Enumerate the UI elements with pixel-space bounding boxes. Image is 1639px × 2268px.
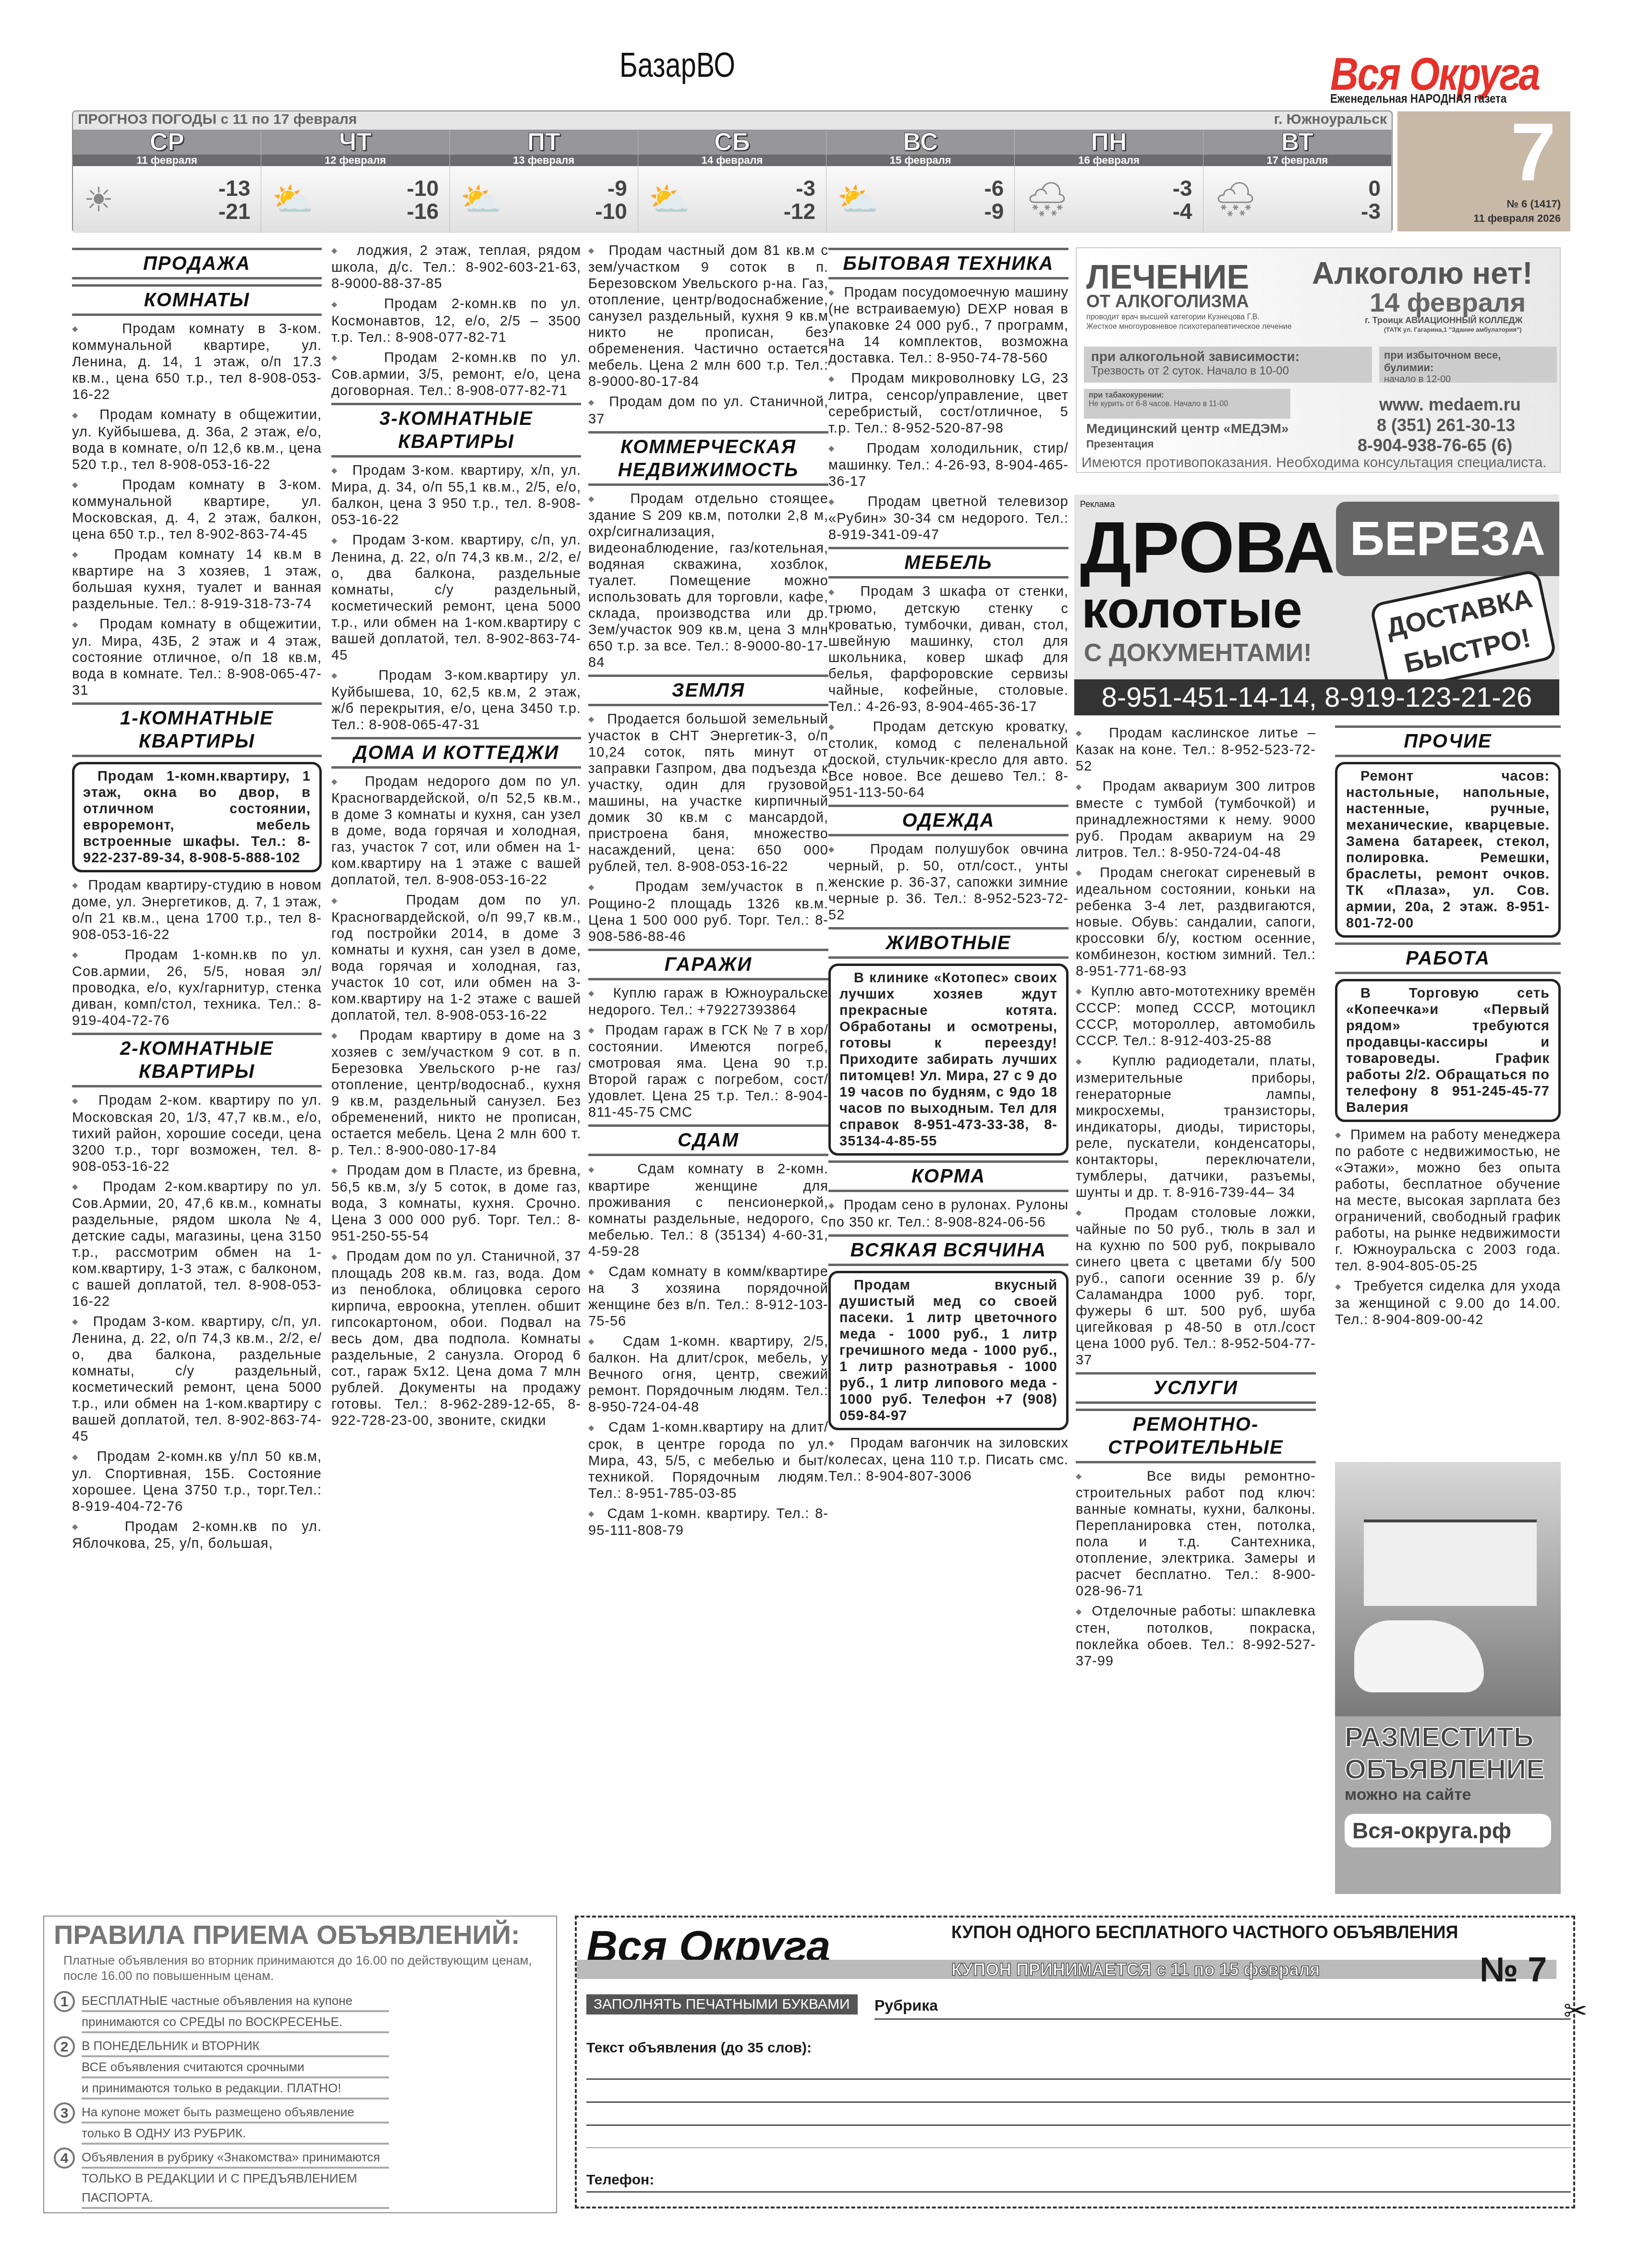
classified-ad: Требуется сиделка для ухода за женщиной … [1335, 1278, 1561, 1327]
coupon-dates: КУПОН ПРИНИМАЕТСЯ с 11 по 15 февраля [951, 1960, 1320, 1980]
rubric-3room: 3-КОМНАТНЫЕ КВАРТИРЫ [331, 403, 581, 458]
ad-delivery-badge: ДОСТАВКА БЫСТРО! [1369, 569, 1557, 694]
ad-headline: Алкоголю нет! [1312, 255, 1533, 291]
coupon-text-label: Текст объявления (до 35 слов): [586, 2040, 812, 2056]
rule-text: ВСЕ объявления считаются срочными [82, 2057, 389, 2078]
weather-forecast: ПРОГНОЗ ПОГОДЫ с 11 по 17 февраля г. Южн… [72, 110, 1393, 233]
rubric-rent: СДАМ [588, 1124, 828, 1156]
classified-ad: Сдам 1-комн.квартиру на длит/срок, в цен… [588, 1419, 828, 1501]
rubric-sale: ПРОДАЖА [72, 248, 322, 279]
classified-ad: Все виды ремонтно-строительных работ под… [1076, 1468, 1316, 1599]
rubric-other: ПРОЧИЕ [1335, 725, 1561, 757]
classified-ad: Продам 2-ком. квартиру по ул. Московская… [72, 1092, 322, 1174]
coupon-phone-label: Телефон: [586, 2172, 654, 2188]
ad-doctor: проводит врач высшей категории Кузнецова… [1086, 313, 1260, 322]
boxed-ad: В Торговую сеть «Копеечка»и «Первый рядо… [1335, 979, 1561, 1122]
ad-warning: Имеются противопоказания. Необходима кон… [1081, 455, 1547, 471]
temp-night: -3 [1361, 200, 1381, 223]
weather-date: 13 февраля [450, 155, 638, 166]
rule-number: 2 [54, 2036, 75, 2057]
weather-day-name: ПТ [450, 130, 638, 155]
sun-cloud-icon: ⛅ [649, 180, 691, 219]
classified-ad: Продам столовые ложки, чайные по 50 руб.… [1076, 1205, 1316, 1368]
weather-day: ПН 16 февраля 🌨 -3-4 [1015, 130, 1203, 233]
issue-date: 11 февраля 2026 [1473, 212, 1561, 225]
rubric-animals: ЖИВОТНЫЕ [828, 927, 1068, 959]
weather-city: г. Южноуральск [1274, 111, 1387, 130]
classified-ad: Сдам 1-комн. квартиру. Тел.: 8-95-111-80… [588, 1506, 828, 1539]
issue-info: 7 № 6 (1417) 11 февраля 2026 [1397, 111, 1570, 231]
rules-title: ПРАВИЛА ПРИЕМА ОБЪЯВЛЕНИЙ: [44, 1917, 556, 1953]
classified-ad: Продам частный дом 81 кв.м с зем/участко… [588, 242, 828, 390]
rule-item: 2В ПОНЕДЕЛЬНИК и ВТОРНИКВСЕ объявления с… [54, 2036, 546, 2099]
boxed-ad: Ремонт часов: настольные, напольные, нас… [1335, 762, 1561, 938]
weather-date: 17 февраля [1203, 155, 1391, 166]
classified-ad: Продам комнату 14 кв.м в квартире на 3 х… [72, 546, 322, 612]
column-6: ПРОЧИЕ Ремонт часов: настольные, напольн… [1335, 723, 1561, 1332]
ad-firewood: Реклама ДРОВА колотые С ДОКУМЕНТАМИ! БЕР… [1074, 495, 1559, 715]
rubric-commercial: КОММЕРЧЕСКАЯ НЕДВИЖИМОСТЬ [588, 431, 828, 486]
classified-ad: Куплю авто-мототехнику времён СССР: мопе… [1076, 983, 1316, 1049]
rule-text: Объявления в рубрику «Знакомства» приним… [82, 2147, 389, 2169]
weather-day: ПТ 13 февраля ⛅ -9-10 [450, 130, 638, 233]
classified-ad: Продам сено в рулонах. Рулоны по 350 кг.… [828, 1197, 1068, 1230]
temp-night: -21 [219, 200, 250, 223]
classified-ad: Продам комнату в 3-ком. коммунальной ква… [72, 321, 322, 403]
classified-ad: Продам 2-комн.кв по ул. Сов.армии, 3/5, … [331, 350, 581, 399]
ad-place: г. Троицк АВИАЦИОННЫЙ КОЛЛЕДЖ [1365, 315, 1523, 326]
newspaper-tagline: Еженедельная НАРОДНАЯ газета [1330, 91, 1506, 106]
classified-ad: Продам снегокат сиреневый в идеальном со… [1076, 865, 1316, 979]
ad-line-3: можно на сайте [1345, 1785, 1551, 1804]
rubric-houses: ДОМА И КОТТЕДЖИ [331, 737, 581, 769]
classified-ad: Продам 2-комн.кв по ул. Яблочкова, 25, у… [72, 1519, 322, 1552]
ad-date: 14 февраля [1370, 287, 1526, 318]
classified-ad: Продам дом по ул. Красногвардейской, о/п… [331, 892, 581, 1023]
weather-date: 14 февраля [638, 155, 826, 166]
classified-ad: Продам вагончик на зиловских колесах, це… [828, 1435, 1068, 1484]
rubric-1room: 1-КОМНАТНЫЕ КВАРТИРЫ [72, 702, 322, 757]
rule-text: В ПОНЕДЕЛЬНИК и ВТОРНИК [82, 2036, 389, 2057]
ad-alc-text: Трезвость от 2 суток. Начало в 10-00 [1091, 364, 1365, 378]
weather-day: СБ 14 февраля ⛅ -3-12 [638, 130, 826, 233]
ad-weight-text: начало в 12-00 [1384, 374, 1552, 385]
sun-cloud-icon: ⛅ [461, 180, 502, 219]
column-4: БЫТОВАЯ ТЕХНИКА Продам посудомоечную маш… [828, 245, 1068, 1488]
classified-ad: Продам 2-комн.кв по ул. Космонавтов, 12,… [331, 296, 581, 345]
classified-ad: Продам дом в Пласте, из бревна, 56,5 кв.… [331, 1162, 581, 1244]
classified-ad: Продам недорого дом по ул. Красногвардей… [331, 773, 581, 888]
classified-ad: Сдам 1-комн. квартиру, 2/5, балкон. На д… [588, 1333, 828, 1415]
rubric-feed: КОРМА [828, 1160, 1068, 1192]
ad-wood-type: БЕРЕЗА [1336, 502, 1559, 576]
classified-ad: Продам детскую кроватку, столик, комод с… [828, 719, 1068, 801]
classified-ad: Куплю гараж в Южноуральске недорого. Тел… [588, 985, 828, 1018]
rule-number: 3 [54, 2102, 75, 2123]
sun-icon: ☀ [84, 180, 114, 219]
coupon-rubric-label: Рубрика [874, 1997, 938, 2015]
ad-title: ЛЕЧЕНИЕ [1086, 258, 1249, 296]
classified-ad: Продам цветной телевизор «Рубин» 30-34 с… [828, 494, 1068, 543]
classified-ad: Продам 3-ком. квартиру, с/п, ул. Ленина,… [72, 1314, 322, 1445]
classified-ad: Примем на работу менеджера по работе с н… [1335, 1127, 1561, 1274]
rule-text: принимаются со СРЕДЫ по ВОСКРЕСЕНЬЕ. [82, 2012, 389, 2033]
ad-tobacco-heading: при табакокурении: [1089, 391, 1286, 400]
coupon-instruction: ЗАПОЛНЯТЬ ПЕЧАТНЫМИ БУКВАМИ [586, 1994, 858, 2015]
rule-item: 4Объявления в рубрику «Знакомства» прини… [54, 2147, 546, 2209]
issue-number: № 6 (1417) [1506, 198, 1561, 210]
coupon: Вся Округа КУПОН ОДНОГО БЕСПЛАТНОГО ЧАСТ… [575, 1916, 1575, 2208]
ad-method: Жесткое многоуровневое психотерапевтичес… [1086, 323, 1292, 331]
ad-rules: ПРАВИЛА ПРИЕМА ОБЪЯВЛЕНИЙ: Платные объяв… [43, 1916, 557, 2213]
weather-date: 12 февраля [261, 155, 449, 166]
rule-text: БЕСПЛАТНЫЕ частные объявления на купоне [82, 1991, 389, 2012]
scissors-icon: ✂ [1564, 1994, 1588, 2028]
column-3: Продам частный дом 81 кв.м с зем/участко… [588, 242, 828, 1543]
weather-date: 15 февраля [826, 155, 1014, 166]
classified-ad: Продам аквариум 300 литров вместе с тумб… [1076, 778, 1316, 860]
rule-text: ТОЛЬКО В РЕДАКЦИИ И С ПРЕДЪЯВЛЕНИЕМ ПАСП… [82, 2169, 389, 2209]
ad-docs: С ДОКУМЕНТАМИ! [1084, 639, 1311, 667]
classified-ad: Продам 2-ком.квартиру по ул. Сов.Армии, … [72, 1179, 322, 1310]
weather-day-name: СР [73, 130, 261, 155]
classified-ad: Сдам комнату в комм/квартире на 3 хозяин… [588, 1264, 828, 1329]
ad-tobacco-text: Не курить от 6-8 часов. Начало в 11-00 [1089, 400, 1286, 409]
ad-alcohol-treatment: ЛЕЧЕНИЕ ОТ АЛКОГОЛИЗМА проводит врач выс… [1076, 247, 1561, 473]
ad-place-listing: РАЗМЕСТИТЬ ОБЪЯВЛЕНИЕ можно на сайте Вся… [1335, 1462, 1561, 1894]
boxed-ad: Продам вкусный душистый мед со своей пас… [828, 1271, 1068, 1430]
classified-ad: Продам микроволновку LG, 23 литра, сенсо… [828, 370, 1068, 436]
temp-day: 0 [1361, 177, 1381, 200]
rubric-clothes: ОДЕЖДА [828, 805, 1068, 836]
classified-ad: Продам полушубок овчина черный, р. 50, о… [828, 841, 1068, 923]
boxed-ad: В клинике «Котопес» своих лучших хозяев … [828, 964, 1068, 1156]
classified-ad: Сдам комнату в 2-комн. квартире женщине … [588, 1161, 828, 1259]
column-1: ПРОДАЖА КОМНАТЫ Продам комнату в 3-ком. … [72, 245, 322, 1556]
rubric-work: РАБОТА [1335, 942, 1561, 974]
ad-phones: 8-951-451-14-14, 8-919-123-21-26 [1074, 679, 1559, 715]
house-car-photo [1335, 1462, 1561, 1716]
ad-subheadline: колотые [1081, 583, 1302, 636]
rule-number: 1 [54, 1991, 75, 2012]
column-5: Продам каслинское литье – Казак на коне.… [1076, 725, 1316, 1673]
temp-day: -3 [784, 177, 815, 200]
weather-day: СР 11 февраля ☀ -13-21 [73, 130, 261, 233]
classified-ad: Продам 3-ком.квартиру ул. Куйбышева, 10,… [331, 667, 581, 733]
rubric-land: ЗЕМЛЯ [588, 675, 828, 706]
temp-day: -10 [407, 177, 438, 200]
cloud-rain-snow-icon: 🌨 [1214, 180, 1257, 219]
ad-site-link[interactable]: Вся-округа.рф [1345, 1814, 1551, 1847]
classified-ad: Продам 2-комн.кв у/пл 50 кв.м, ул. Спорт… [72, 1448, 322, 1514]
rule-text: и принимаются только в редакции. ПЛАТНО! [82, 2078, 389, 2099]
rule-text: только В ОДНУ ИЗ РУБРИК. [82, 2123, 389, 2145]
classified-ad: Продам 1-комн.кв по ул. Сов.армии, 26, 5… [72, 947, 322, 1029]
boxed-ad: Продам 1-комн.квартиру, 1 этаж, окна во … [72, 762, 322, 872]
classified-ad: Продам 3-ком. квартиру, с/п, ул. Ленина,… [331, 532, 581, 663]
temp-day: -13 [219, 177, 250, 200]
classified-ad: Продам гараж в ГСК № 7 в хор/состоянии. … [588, 1022, 828, 1121]
weather-title: ПРОГНОЗ ПОГОДЫ с 11 по 17 февраля [78, 111, 357, 130]
rule-item: 3На купоне может быть размещено объявлен… [54, 2102, 546, 2145]
rule-item: 1БЕСПЛАТНЫЕ частные объявления на купоне… [54, 1991, 546, 2033]
classified-ad: Продам холодильник, стир/машинку. Тел.: … [828, 440, 1068, 490]
weather-day: ЧТ 12 февраля ⛅ -10-16 [261, 130, 449, 233]
classified-ad: Продам посудомоечную машину (не встраива… [828, 284, 1068, 366]
classified-ad: Отделочные работы: шпаклевка стен, потол… [1076, 1603, 1316, 1669]
weather-day-name: ВС [826, 130, 1014, 155]
weather-day: ВС 15 февраля ⛅ -6-9 [826, 130, 1015, 233]
sun-cloud-icon: ⛅ [272, 180, 314, 219]
weather-day-name: ВТ [1203, 130, 1391, 155]
weather-date: 16 февраля [1015, 155, 1202, 166]
coupon-title: КУПОН ОДНОГО БЕСПЛАТНОГО ЧАСТНОГО ОБЪЯВЛ… [951, 1922, 1458, 1942]
ad-phone-2: 8-904-938-76-65 (6) [1358, 435, 1512, 456]
classified-ad: Продам дом по ул. Станичной, 37 площадь … [331, 1248, 581, 1428]
temp-day: -6 [984, 177, 1004, 200]
ad-presentation: Презентация [1086, 438, 1154, 450]
rules-intro: Платные объявления во вторник принимаютс… [44, 1953, 556, 1983]
temp-night: -12 [784, 200, 815, 223]
temp-night: -16 [407, 200, 438, 223]
rubric-rooms: КОМНАТЫ [72, 284, 322, 316]
rubric-services: УСЛУГИ [1076, 1372, 1316, 1404]
coupon-phone-field[interactable] [586, 2191, 1571, 2193]
weather-day-name: СБ [638, 130, 826, 155]
classified-ad: Продам комнату в общежитии, ул. Мира, 43… [72, 616, 322, 698]
cloud-snow-icon: 🌨 [1025, 180, 1068, 219]
rule-text: На купоне может быть размещено объявлени… [82, 2102, 389, 2123]
classified-ad: Продам каслинское литье – Казак на коне.… [1076, 725, 1316, 774]
coupon-number: № 7 [1480, 1950, 1547, 1990]
rubric-repair: РЕМОНТНО-СТРОИТЕЛЬНЫЕ [1076, 1409, 1316, 1463]
weather-day-name: ПН [1015, 130, 1202, 155]
rubric-2room: 2-КОМНАТНЫЕ КВАРТИРЫ [72, 1033, 322, 1087]
classified-ad: Продам квартиру в доме на 3 хозяев с зем… [331, 1027, 581, 1158]
temp-night: -10 [595, 200, 627, 223]
classified-ad: Продам комнату в общежитии, ул. Куйбышев… [72, 407, 322, 472]
ad-weight-heading: при избыточном весе, булимии: [1384, 349, 1552, 374]
sun-cloud-icon: ⛅ [837, 180, 879, 219]
ad-headline: ДРОВА [1080, 511, 1335, 583]
ad-website[interactable]: www. medaem.ru [1379, 395, 1521, 415]
rubric-furniture: МЕБЕЛЬ [828, 547, 1068, 579]
ad-alc-heading: при алкогольной зависимости: [1091, 349, 1365, 364]
classified-ad: Продам 3 шкафа от стенки, трюмо, детскую… [828, 583, 1068, 714]
rubric-appliances: БЫТОВАЯ ТЕХНИКА [828, 248, 1068, 279]
ad-center: Медицинский центр «МЕДЭМ» [1086, 421, 1289, 436]
rubric-misc: ВСЯКАЯ ВСЯЧИНА [828, 1234, 1068, 1266]
classified-ad: Продам дом по ул. Станичной, 37 [588, 394, 828, 427]
classified-ad: Продам квартиру-студию в новом доме, ул.… [72, 877, 322, 943]
temp-day: -9 [595, 177, 627, 200]
ad-line-2: ОБЪЯВЛЕНИЕ [1345, 1753, 1551, 1785]
coupon-text-field[interactable] [586, 2057, 1571, 2148]
ad-address: (ТАТК ул. Гагарина,1 "Здание амбулатория… [1384, 326, 1521, 333]
classified-ad: Продается большой земельный участок в СН… [588, 711, 828, 875]
weather-day: ВТ 17 февраля 🌨 0-3 [1203, 130, 1392, 233]
classified-ad: Продам зем/участок в п. Рощино-2 площадь… [588, 879, 828, 944]
temp-night: -4 [1173, 200, 1192, 223]
temp-night: -9 [984, 200, 1004, 223]
classified-ad: Куплю радиодетали, платы, измерительные … [1076, 1053, 1316, 1200]
ad-phone-1: 8 (351) 261-30-13 [1377, 415, 1515, 435]
page-number: 7 [1510, 111, 1556, 193]
weather-day-name: ЧТ [261, 130, 449, 155]
rubric-garages: ГАРАЖИ [588, 949, 828, 980]
ad-line-1: РАЗМЕСТИТЬ [1345, 1721, 1551, 1753]
classified-ad: Продам отдельно стоящее здание S 209 кв.… [588, 491, 828, 671]
rule-number: 4 [54, 2147, 75, 2169]
weather-date: 11 февраля [73, 155, 261, 166]
section-title: БазарВО [619, 46, 735, 85]
ad-subtitle: ОТ АЛКОГОЛИЗМА [1086, 291, 1249, 312]
classified-ad: лоджия, 2 этаж, теплая, рядом школа, д/с… [331, 242, 581, 292]
coupon-rubric-field[interactable] [874, 2018, 1571, 2020]
classified-ad: Продам 3-ком. квартиру, х/п, ул. Мира, д… [331, 462, 581, 528]
temp-day: -3 [1173, 177, 1192, 200]
column-2: лоджия, 2 этаж, теплая, рядом школа, д/с… [331, 242, 581, 1433]
classified-ad: Продам комнату в 3-ком. коммунальной ква… [72, 477, 322, 543]
